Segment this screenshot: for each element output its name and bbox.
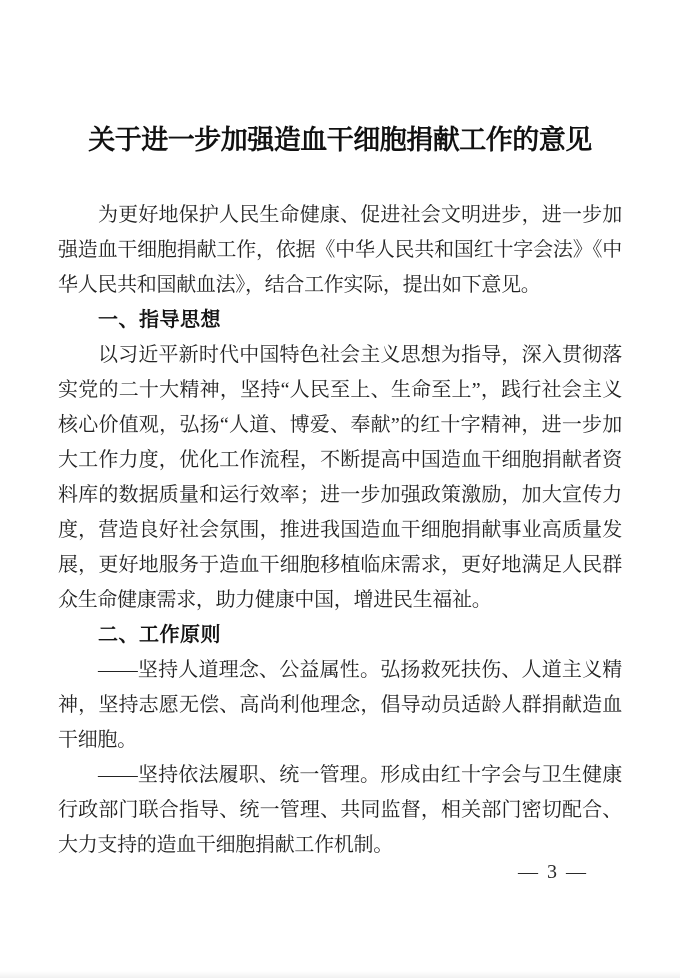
document-title: 关于进一步加强造血干细胞捐献工作的意见 (0, 116, 680, 164)
document-body: 为更好地保护人民生命健康、促进社会文明进步，进一步加强造血干细胞捐献工作，依据《… (0, 198, 680, 863)
paragraph: 以习近平新时代中国特色社会主义思想为指导，深入贯彻落实党的二十大精神，坚持“人民… (58, 338, 622, 618)
paragraph: 为更好地保护人民生命健康、促进社会文明进步，进一步加强造血干细胞捐献工作，依据《… (58, 198, 622, 303)
scan-bottom-edge (0, 971, 680, 978)
paragraph: ——坚持依法履职、统一管理。形成由红十字会与卫生健康行政部门联合指导、统一管理、… (58, 758, 622, 863)
section-heading: 一、指导思想 (58, 303, 622, 338)
paragraph: ——坚持人道理念、公益属性。弘扬救死扶伤、人道主义精神，坚持志愿无偿、高尚利他理… (58, 653, 622, 758)
page-number: — 3 — (518, 861, 588, 884)
section-heading: 二、工作原则 (58, 618, 622, 653)
document-page: 关于进一步加强造血干细胞捐献工作的意见 为更好地保护人民生命健康、促进社会文明进… (0, 0, 680, 978)
